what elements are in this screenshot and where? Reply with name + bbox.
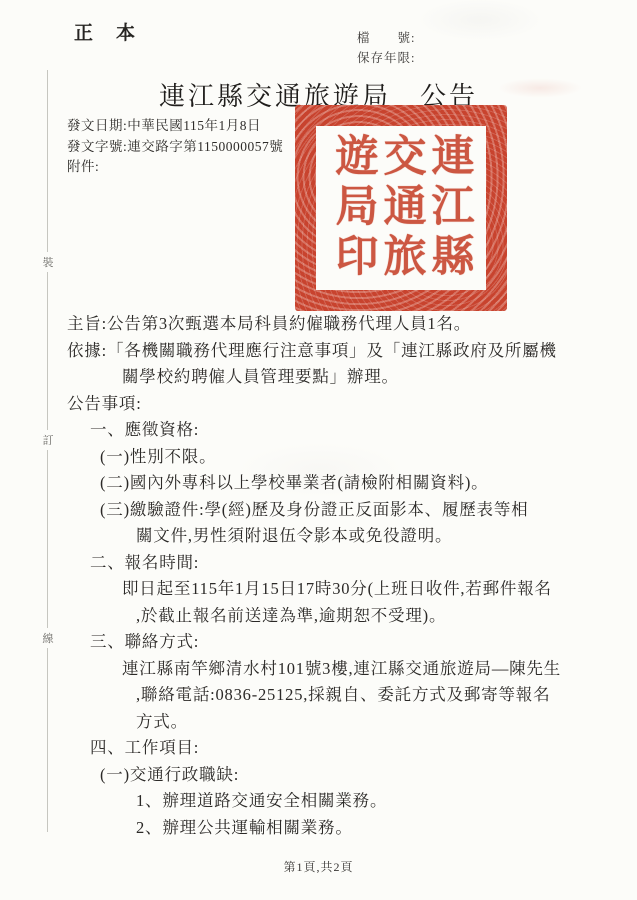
archive-block: 檔 號: 保存年限: xyxy=(357,28,415,68)
page-footer: 第1頁,共2頁 xyxy=(0,858,637,875)
announcement-page: 正 本 檔 號: 保存年限: 連江縣交通旅遊局 公告 發文日期:中華民國115年… xyxy=(0,0,637,900)
body-line-item1: 一、應徵資格: xyxy=(0,417,637,444)
seal-text-column: 連江縣 xyxy=(428,133,471,283)
body-line-item3-wrap2: 方式。 xyxy=(0,709,637,736)
seal-text-column: 交通旅 xyxy=(380,133,423,283)
body-line-item2-text: 即日起至115年1月15日17時30分(上班日收件,若郵件報名 xyxy=(0,576,637,603)
body-line-basis-wrap: 關學校約聘僱人員管理要點」辦理。 xyxy=(0,364,637,391)
body-line-item4-1: (一)交通行政職缺: xyxy=(0,762,637,789)
body-line-item3-text: 連江縣南竿鄉清水村101號3樓,連江縣交通旅遊局—陳先生 xyxy=(0,656,637,683)
body-line-item1-1: (一)性別不限。 xyxy=(0,444,637,471)
official-red-seal: 連江縣 交通旅 遊局印 xyxy=(295,105,507,311)
doc-number-line: 發文字號:連交路字第1150000057號 xyxy=(67,137,283,158)
issue-date-line: 發文日期:中華民國115年1月8日 xyxy=(67,116,283,137)
copy-type-label: 正 本 xyxy=(74,18,137,45)
attachment-line: 附件: xyxy=(67,157,283,178)
document-meta: 發文日期:中華民國115年1月8日 發文字號:連交路字第1150000057號 … xyxy=(67,116,283,178)
binding-mark-zhuang: 裝 xyxy=(40,252,56,272)
seal-text-column: 遊局印 xyxy=(332,133,375,283)
body-line-basis: 依據:「各機關職務代理應行注意事項」及「連江縣政府及所屬機 xyxy=(0,338,637,365)
body-line-item2-wrap: ,於截止報名前送達為準,逾期恕不受理)。 xyxy=(0,603,637,630)
body-line-subject: 主旨:公告第3次甄選本局科員約僱職務代理人員1名。 xyxy=(0,311,637,338)
body-line-item1-3-wrap: 關文件,男性須附退伍令影本或免役證明。 xyxy=(0,523,637,550)
body-line-task1: 1、辦理道路交通安全相關業務。 xyxy=(0,788,637,815)
body-line-item1-3: (三)繳驗證件:學(經)歷及身份證正反面影本、履歷表等相 xyxy=(0,497,637,524)
body-line-item3-wrap1: ,聯絡電話:0836-25125,採親自、委託方式及郵寄等報名 xyxy=(0,682,637,709)
retention-period-label: 保存年限: xyxy=(357,48,415,68)
body-line-task2: 2、辦理公共運輸相關業務。 xyxy=(0,815,637,842)
file-number-label: 檔 號: xyxy=(357,28,415,48)
seal-inner-area: 連江縣 交通旅 遊局印 xyxy=(316,126,486,290)
body-line-matters: 公告事項: xyxy=(0,391,637,418)
body-line-item1-2: (二)國內外專科以上學校畢業者(請檢附相關資料)。 xyxy=(0,470,637,497)
body-line-item2: 二、報名時間: xyxy=(0,550,637,577)
body-line-item3: 三、聯絡方式: xyxy=(0,629,637,656)
announcement-body: 主旨:公告第3次甄選本局科員約僱職務代理人員1名。 依據:「各機關職務代理應行注… xyxy=(0,311,637,841)
body-line-item4: 四、工作項目: xyxy=(0,735,637,762)
